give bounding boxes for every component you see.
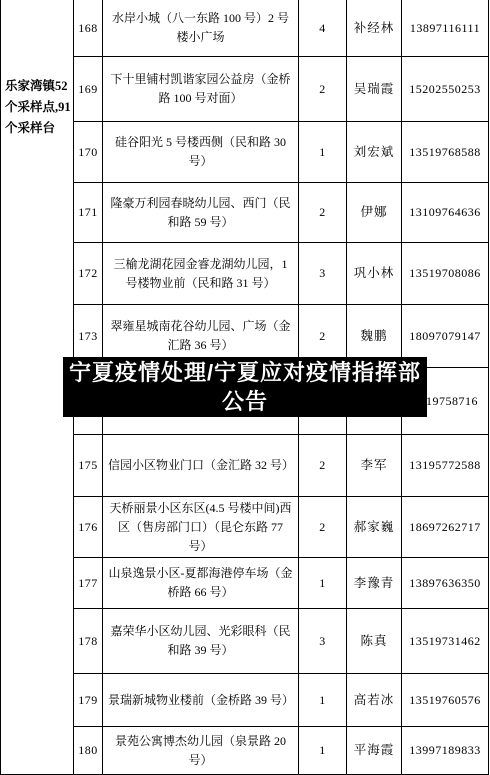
phone-cell: 13519760576: [402, 674, 489, 727]
contact-name-cell: 陈真: [347, 609, 402, 674]
phone-cell: 13195772588: [402, 435, 489, 497]
phone-cell: 13897636350: [402, 558, 489, 609]
contact-name-cell: 李军: [347, 435, 402, 497]
row-number-cell: 177: [74, 558, 103, 609]
location-cell: 下十里铺村凯谐家园公益房（金桥路 100 号对面）: [103, 57, 299, 122]
phone-cell: 13519708086: [402, 243, 489, 305]
count-cell: 1: [299, 558, 347, 609]
count-cell: 2: [299, 57, 347, 122]
row-number-cell: 179: [74, 674, 103, 727]
phone-cell: 15202550253: [402, 57, 489, 122]
count-cell: 1: [299, 727, 347, 775]
contact-name-cell: 平海霞: [347, 727, 402, 775]
row-number-cell: 170: [74, 122, 103, 183]
count-cell: 1: [299, 674, 347, 727]
contact-name-cell: 伊娜: [347, 183, 402, 243]
location-cell: 嘉荣华小区幼儿园、光彩眼科（民和路 39 号）: [103, 609, 299, 674]
overlay-banner-line2: 公告: [222, 387, 268, 416]
location-cell: 景瑞新城物业楼前（金桥路 39 号）: [103, 674, 299, 727]
count-cell: 3: [299, 243, 347, 305]
group-label: 乐家湾镇52 个采样点,91 个采样台: [5, 76, 71, 139]
count-cell: 2: [299, 183, 347, 243]
contact-name-cell: 郝家巍: [347, 497, 402, 558]
location-cell: 天桥丽景小区东区(4.5 号楼中间)西区（售房部门口）（昆仑东路 77 号）: [103, 497, 299, 558]
document-page: 乐家湾镇52 个采样点,91 个采样台 168 水岸小城（八一东路 100 号）…: [0, 0, 490, 775]
location-cell: 景苑公寓博杰幼儿园（泉景路 20 号）: [103, 727, 299, 775]
contact-name-cell: 刘宏斌: [347, 122, 402, 183]
phone-cell: 18697262717: [402, 497, 489, 558]
row-number-cell: 180: [74, 727, 103, 775]
contact-name-cell: 补经林: [347, 0, 402, 57]
row-number-cell: 171: [74, 183, 103, 243]
location-cell: 山泉逸景小区-夏都海港停车场（金桥路 66 号）: [103, 558, 299, 609]
phone-cell: 13897116111: [402, 0, 489, 57]
contact-name-cell: 吴瑞霞: [347, 57, 402, 122]
location-cell: 硅谷阳光 5 号楼西侧（民和路 30 号）: [103, 122, 299, 183]
location-cell: 三榆龙湖花园金睿龙湖幼儿园，1 号楼物业前（民和路 31 号）: [103, 243, 299, 305]
location-cell: 水岸小城（八一东路 100 号）2 号楼小广场: [103, 0, 299, 57]
overlay-banner[interactable]: 宁夏疫情处理/宁夏应对疫情指挥部 公告: [63, 357, 427, 417]
row-number-cell: 178: [74, 609, 103, 674]
phone-cell: 13519768588: [402, 122, 489, 183]
count-cell: 2: [299, 497, 347, 558]
location-cell: 隆豪万利园春晓幼儿园、西门（民和路 59 号）: [103, 183, 299, 243]
row-number-cell: 172: [74, 243, 103, 305]
phone-cell: 13997189833: [402, 727, 489, 775]
contact-name-cell: 李豫青: [347, 558, 402, 609]
row-number-cell: 175: [74, 435, 103, 497]
contact-name-cell: 高若冰: [347, 674, 402, 727]
count-cell: 3: [299, 609, 347, 674]
phone-cell: 13109764636: [402, 183, 489, 243]
row-number-cell: 168: [74, 0, 103, 57]
phone-cell: 13519731462: [402, 609, 489, 674]
count-cell: 1: [299, 122, 347, 183]
contact-name-cell: 巩小林: [347, 243, 402, 305]
location-cell: 信园小区物业门口（金汇路 32 号）: [103, 435, 299, 497]
count-cell: 4: [299, 0, 347, 57]
overlay-banner-line1: 宁夏疫情处理/宁夏应对疫情指挥部: [69, 358, 421, 387]
row-number-cell: 169: [74, 57, 103, 122]
row-number-cell: 176: [74, 497, 103, 558]
count-cell: 2: [299, 435, 347, 497]
